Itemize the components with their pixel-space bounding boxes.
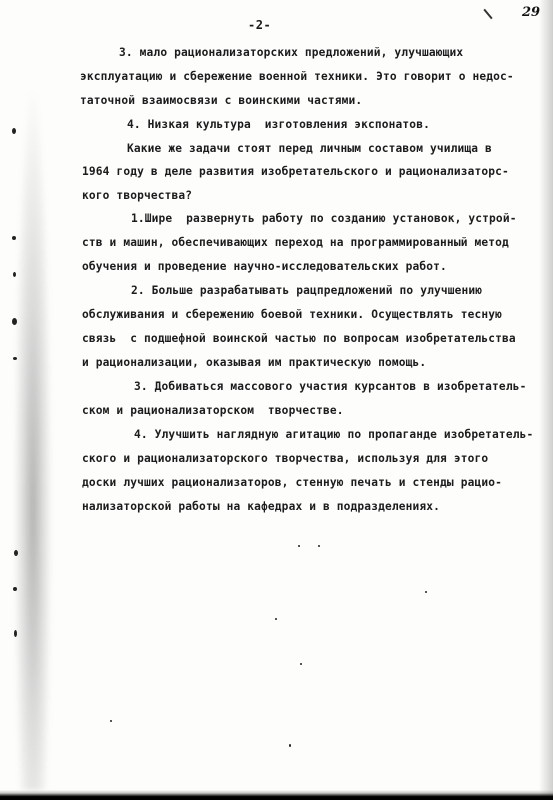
text-line: 1.Шире развернуть работу по созданию уст… [131,212,517,226]
text-line: ском и рационализаторском творчестве. [82,404,344,418]
text-line: 1964 году в деле развития изобретательск… [82,165,509,179]
text-line: 4. Улучшить наглядную агитацию по пропаг… [134,428,533,442]
scan-speck [289,744,291,747]
scan-speck [12,128,16,134]
scan-speck [318,545,320,547]
scan-speck [298,545,300,547]
scan-speck [275,618,277,620]
edge-shadow [539,0,553,800]
text-line: кого творчества? [82,189,192,203]
archive-sheet-number: 29 [522,5,540,20]
scan-speck [14,630,17,637]
text-line: обслуживания и сбережению боевой техники… [82,308,502,322]
page-number: -2- [248,18,271,32]
scan-speck [12,318,17,325]
text-line: обучения и проведение научно-исследовате… [82,260,447,274]
text-line: 2. Больше разрабатывать рацпредложений п… [131,284,482,298]
scan-speck [13,357,17,360]
text-line: ств и машин, обеспечивающих переход на п… [82,236,509,250]
text-line: ского и рационализаторского творчества, … [82,452,488,466]
text-line: 3. Добиваться массового участия курсанто… [134,380,526,394]
text-line: Какие же задачи стоят перед личным соста… [127,142,492,156]
text-line: и рационализации, оказывая им практическ… [82,356,426,370]
scan-speck [13,587,17,591]
scan-speck [14,550,18,556]
text-line: таточной взаимосвязи с воинскими частями… [80,94,362,108]
text-line: доски лучших рационализаторов, стенную п… [82,476,502,490]
scan-speck [110,720,112,722]
scan-speck [300,663,302,665]
scan-bottom-edge [0,790,553,800]
pen-mark [483,9,492,19]
scan-speck [425,591,427,593]
scan-speck [13,272,16,277]
text-line: 3. мало рационализаторских предложений, … [119,46,463,60]
text-line: нализаторской работы на кафедрах и в под… [82,500,440,514]
text-line: эксплуатацию и сбережение военной техник… [80,70,514,84]
binding-shadow [14,90,52,790]
scan-speck [12,236,16,240]
text-line: связь с подшефной воинской частью по воп… [82,332,516,346]
text-line: 4. Низкая культура изготовления экспонат… [127,118,430,132]
scanned-document-page: 29 -2- 3. мало рационализаторских предло… [0,0,553,800]
